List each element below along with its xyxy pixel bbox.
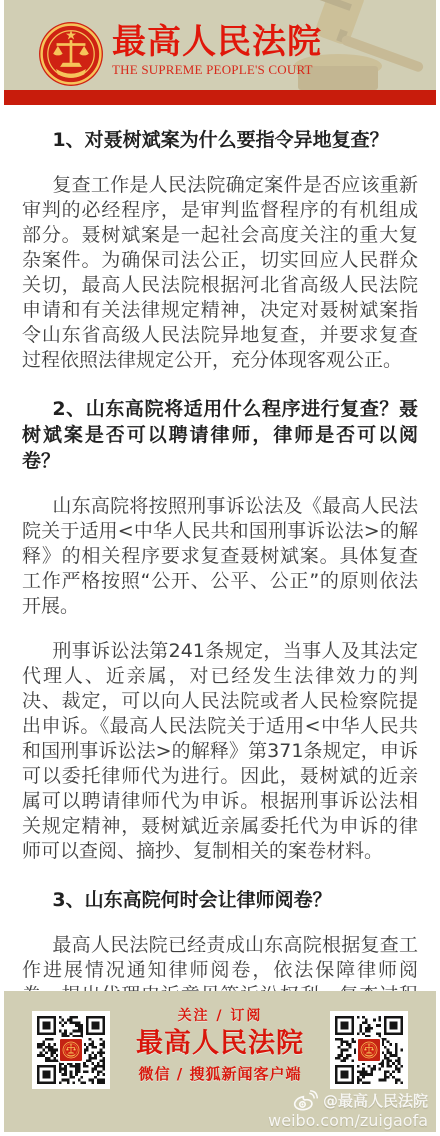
question-3: 3、山东高院何时会让律师阅卷？ [22,887,418,913]
page-subtitle: THE SUPREME PEOPLE'S COURT [112,62,322,78]
watermark-account: @最高人民法院 [323,1092,428,1110]
poster: 最高人民法院 THE SUPREME PEOPLE'S COURT 1、对聂树斌… [4,0,436,1132]
watermark-url: weibo.com/zuigaofa [268,1112,428,1130]
question-1: 1、对聂树斌案为什么要指令异地复查？ [22,127,418,153]
channels-label: 微信 / 搜狐新闻客户端 [136,1063,304,1084]
footer-banner: 关注 / 订阅 最高人民法院 微信 / 搜狐新闻客户端 [4,991,436,1132]
answer-3-paragraph-1: 最高人民法院已经责成山东高院根据复查工作进展情况通知律师阅卷，依法保障律师阅卷、… [22,933,418,991]
answer-2-paragraph-1: 山东高院将按照刑事诉讼法及《最高人民法院关于适用<中华人民共和国刑事诉讼法>的解… [22,494,418,619]
footer-brand-title: 最高人民法院 [136,1028,304,1060]
weibo-long-image: 最高人民法院 THE SUPREME PEOPLE'S COURT 1、对聂树斌… [0,0,440,1136]
red-divider-stripe [4,90,436,105]
weibo-watermark: @最高人民法院 weibo.com/zuigaofa [268,1090,428,1130]
court-emblem-icon [38,21,104,87]
footer-subscribe-block: 关注 / 订阅 最高人民法院 微信 / 搜狐新闻客户端 [136,1005,304,1084]
qr-center-emblem-icon [356,1037,382,1063]
qr-center-emblem-icon [58,1037,84,1063]
qr-code-wechat [32,1011,110,1089]
weibo-logo-icon [292,1090,318,1112]
answer-2-paragraph-2: 刑事诉讼法第241条规定，当事人及其法定代理人、近亲属，对已经发生法律效力的判决… [22,639,418,864]
answer-1-paragraph-1: 复查工作是人民法院确定案件是否应该重新审判的必经程序，是审判监督程序的有机组成部… [22,173,418,373]
header-banner: 最高人民法院 THE SUPREME PEOPLE'S COURT [4,0,436,90]
subscribe-label: 关注 / 订阅 [136,1005,304,1025]
header-titles: 最高人民法院 THE SUPREME PEOPLE'S COURT [112,24,322,78]
qa-content: 1、对聂树斌案为什么要指令异地复查？ 复查工作是人民法院确定案件是否应该重新审判… [4,105,436,991]
qr-code-sohu-news [330,1011,408,1089]
question-2: 2、山东高院将适用什么程序进行复查？聂树斌案是否可以聘请律师，律师是否可以阅卷？ [22,396,418,474]
page-title: 最高人民法院 [112,24,322,60]
